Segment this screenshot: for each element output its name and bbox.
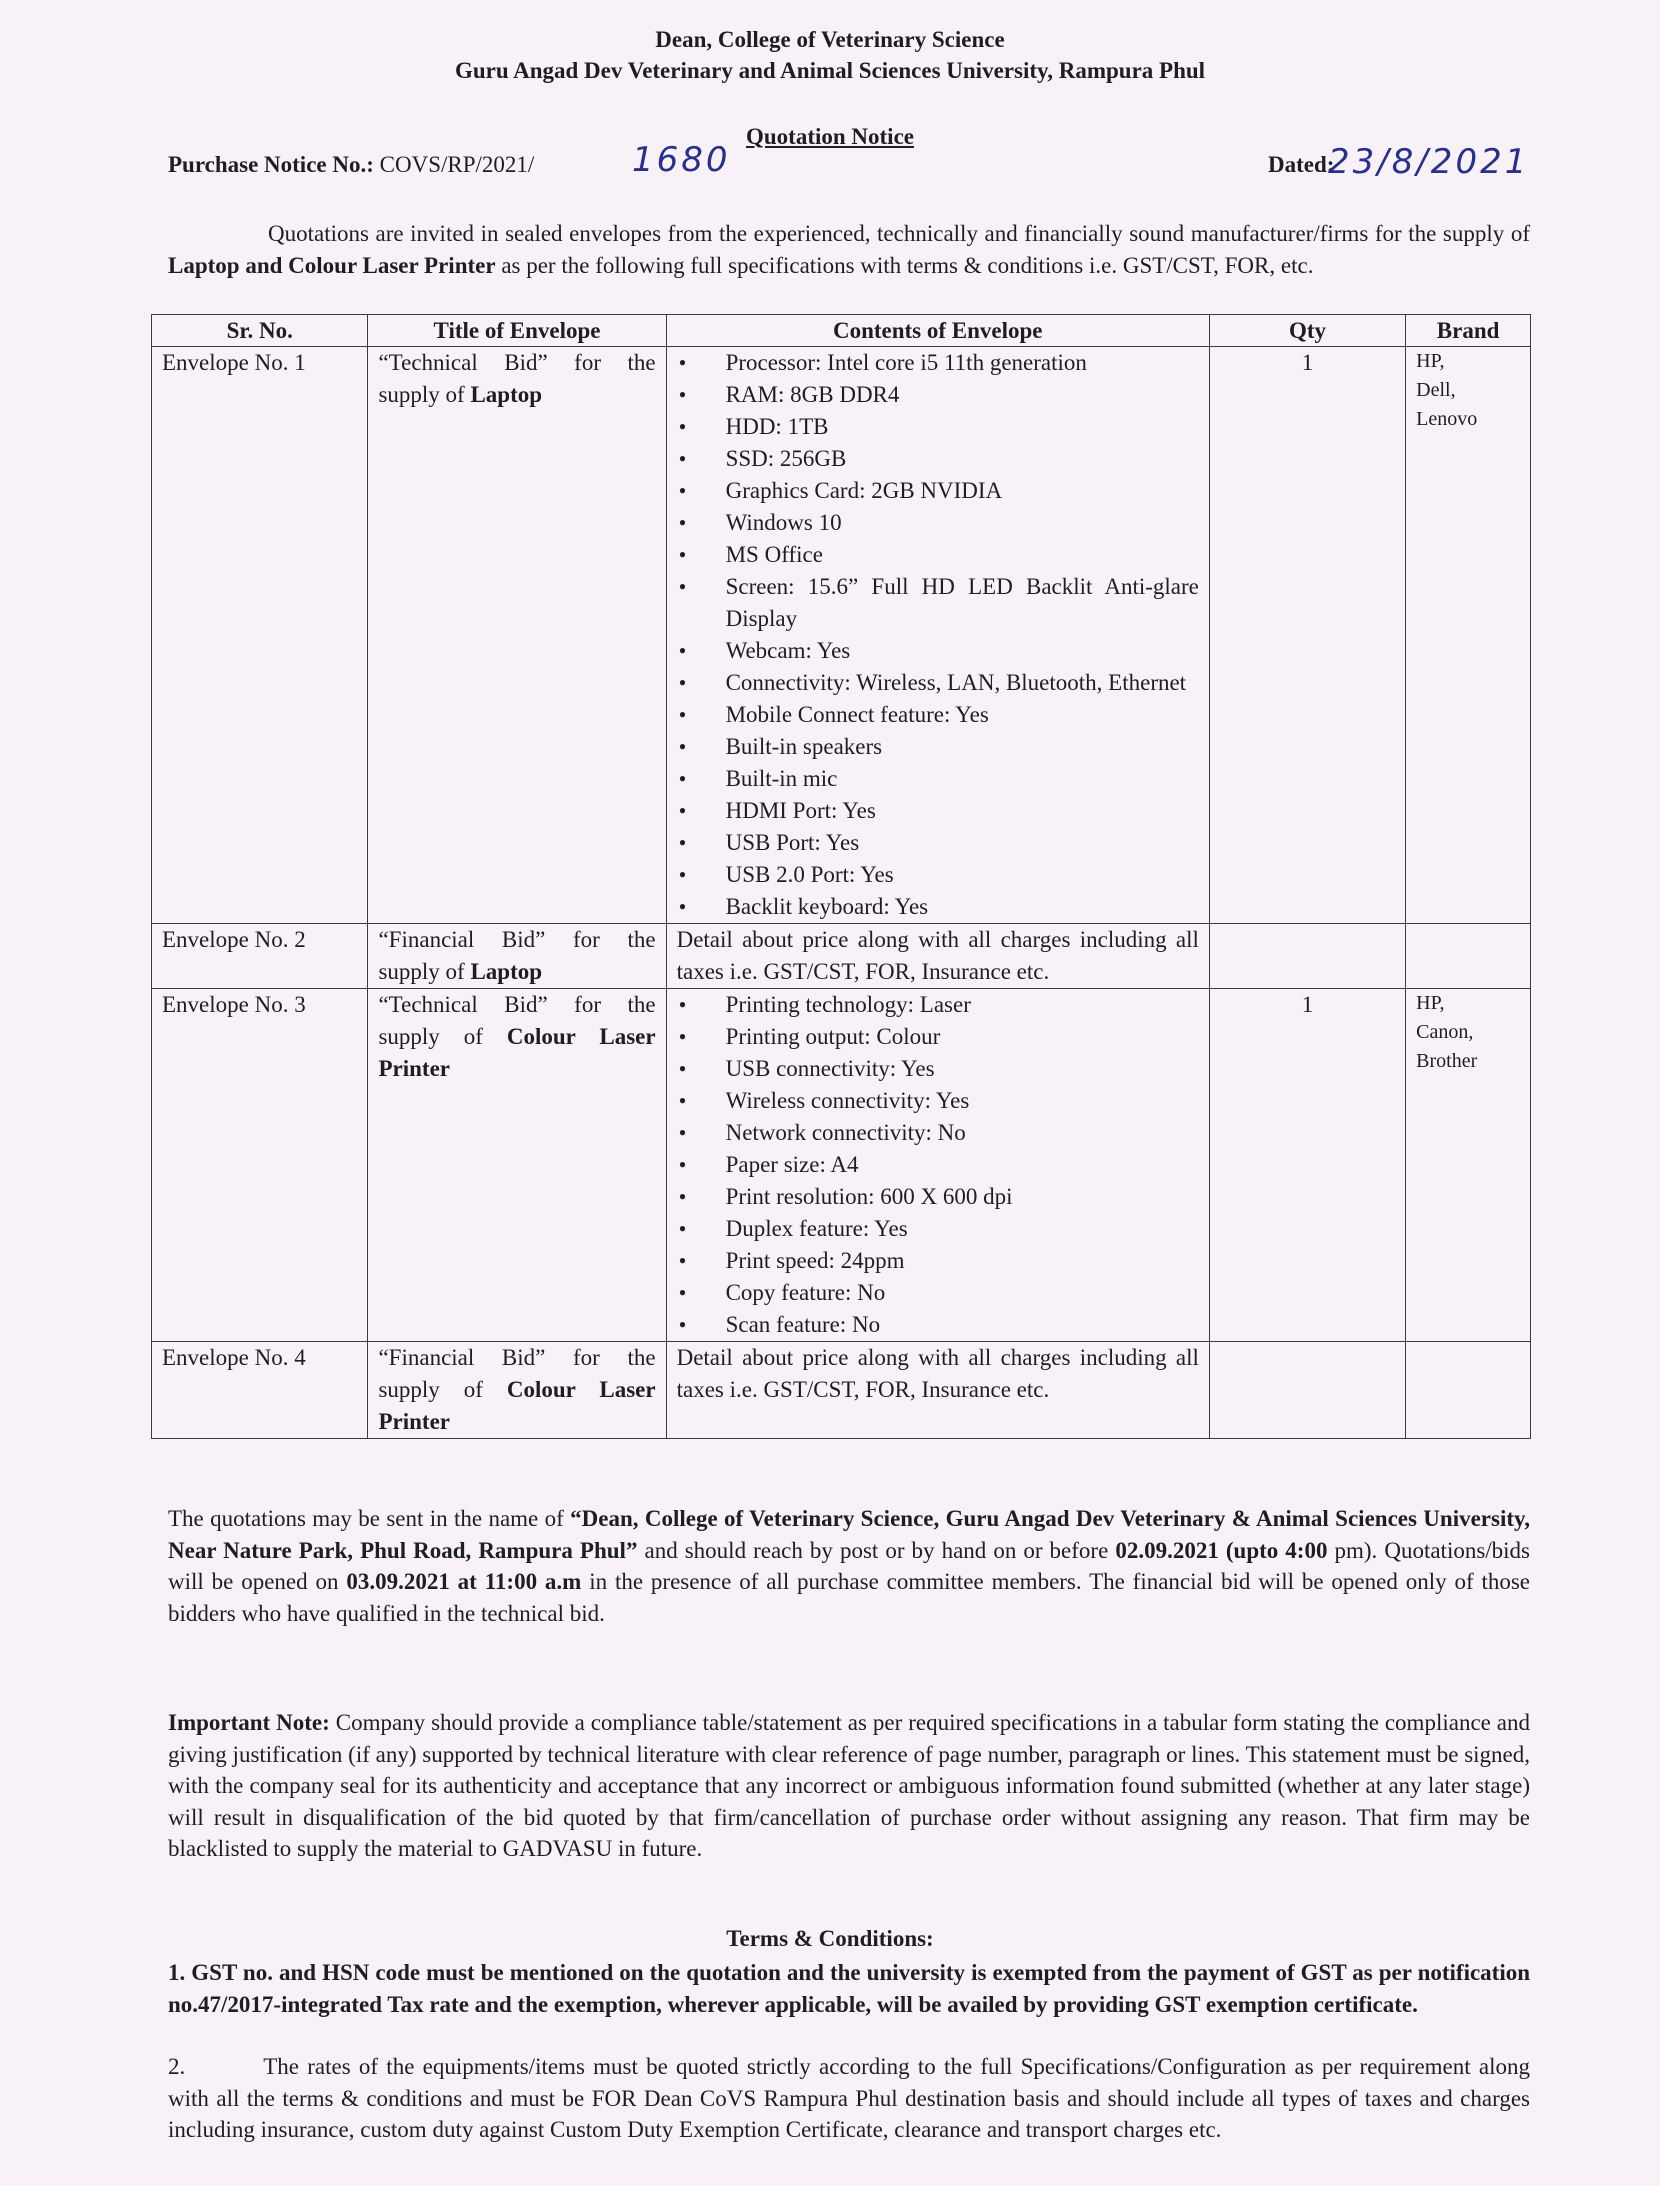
spec-item: Copy feature: No xyxy=(677,1277,1199,1309)
important-note: Important Note: Company should provide a… xyxy=(168,1707,1530,1865)
purchase-notice-number: Purchase Notice No.: COVS/RP/2021/ xyxy=(168,152,534,178)
spec-item: MS Office xyxy=(677,539,1199,571)
handwritten-notice-number: 1680 xyxy=(632,140,731,180)
handwritten-date: 23/8/2021 xyxy=(1328,142,1529,182)
important-note-label: Important Note: xyxy=(168,1710,330,1735)
table-header-row: Sr. No. Title of Envelope Contents of En… xyxy=(152,315,1531,347)
brand-name: Canon, xyxy=(1416,1018,1520,1047)
quantity: 1 xyxy=(1209,989,1405,1342)
brand-list: HP,Dell,Lenovo xyxy=(1406,347,1531,924)
brand-name: Brother xyxy=(1416,1047,1520,1076)
brand-list xyxy=(1406,1342,1531,1439)
quantity xyxy=(1209,924,1405,989)
col-sr-no: Sr. No. xyxy=(152,315,368,347)
envelope-title: “Technical Bid” for the supply of Laptop xyxy=(368,347,666,924)
col-contents: Contents of Envelope xyxy=(666,315,1209,347)
envelope-title: “Financial Bid” for the supply of Laptop xyxy=(368,924,666,989)
col-qty: Qty xyxy=(1209,315,1405,347)
term-item-1: 1. GST no. and HSN code must be mentione… xyxy=(168,1957,1530,2020)
envelope-number: Envelope No. 3 xyxy=(152,989,368,1342)
spec-item: Processor: Intel core i5 11th generation xyxy=(677,347,1199,379)
col-brand: Brand xyxy=(1406,315,1531,347)
issuer-title: Dean, College of Veterinary Science xyxy=(0,27,1660,53)
spec-item: USB connectivity: Yes xyxy=(677,1053,1199,1085)
term-item-2: 2.The rates of the equipments/items must… xyxy=(168,2051,1530,2146)
spec-item: Connectivity: Wireless, LAN, Bluetooth, … xyxy=(677,667,1199,699)
spec-item: USB Port: Yes xyxy=(677,827,1199,859)
spec-item: Mobile Connect feature: Yes xyxy=(677,699,1199,731)
envelope-contents: Processor: Intel core i5 11th generation… xyxy=(666,347,1209,924)
envelope-title: “Financial Bid” for the supply of Colour… xyxy=(368,1342,666,1439)
table-row: Envelope No. 2“Financial Bid” for the su… xyxy=(152,924,1531,989)
spec-item: HDMI Port: Yes xyxy=(677,795,1199,827)
university-name: Guru Angad Dev Veterinary and Animal Sci… xyxy=(0,58,1660,84)
envelope-number: Envelope No. 4 xyxy=(152,1342,368,1439)
quantity: 1 xyxy=(1209,347,1405,924)
spec-item: Wireless connectivity: Yes xyxy=(677,1085,1199,1117)
quantity xyxy=(1209,1342,1405,1439)
spec-item: HDD: 1TB xyxy=(677,411,1199,443)
brand-list: HP,Canon,Brother xyxy=(1406,989,1531,1342)
envelope-number: Envelope No. 1 xyxy=(152,347,368,924)
table-row: Envelope No. 4“Financial Bid” for the su… xyxy=(152,1342,1531,1439)
financial-bid-details: Detail about price along with all charge… xyxy=(677,1342,1199,1406)
spec-item: USB 2.0 Port: Yes xyxy=(677,859,1199,891)
table-row: Envelope No. 1“Technical Bid” for the su… xyxy=(152,347,1531,924)
spec-item: Windows 10 xyxy=(677,507,1199,539)
brand-name: HP, xyxy=(1416,989,1520,1018)
purchase-label: Purchase Notice No.: xyxy=(168,152,374,177)
spec-item: Printing technology: Laser xyxy=(677,989,1199,1021)
brand-name: Lenovo xyxy=(1416,405,1520,434)
spec-item: Built-in mic xyxy=(677,763,1199,795)
spec-item: Screen: 15.6” Full HD LED Backlit Anti-g… xyxy=(677,571,1199,635)
envelope-contents: Detail about price along with all charge… xyxy=(666,924,1209,989)
table-row: Envelope No. 3“Technical Bid” for the su… xyxy=(152,989,1531,1342)
brand-name: HP, xyxy=(1416,347,1520,376)
financial-bid-details: Detail about price along with all charge… xyxy=(677,924,1199,988)
spec-item: Built-in speakers xyxy=(677,731,1199,763)
spec-item: RAM: 8GB DDR4 xyxy=(677,379,1199,411)
spec-item: SSD: 256GB xyxy=(677,443,1199,475)
col-title: Title of Envelope xyxy=(368,315,666,347)
submission-paragraph: The quotations may be sent in the name o… xyxy=(168,1503,1530,1629)
purchase-prefix: COVS/RP/2021/ xyxy=(380,152,535,177)
spec-item: Print resolution: 600 X 600 dpi xyxy=(677,1181,1199,1213)
brand-name: Dell, xyxy=(1416,376,1520,405)
envelope-contents: Detail about price along with all charge… xyxy=(666,1342,1209,1439)
brand-list xyxy=(1406,924,1531,989)
intro-paragraph: Quotations are invited in sealed envelop… xyxy=(168,218,1530,281)
envelope-contents: Printing technology: LaserPrinting outpu… xyxy=(666,989,1209,1342)
spec-item: Duplex feature: Yes xyxy=(677,1213,1199,1245)
spec-item: Printing output: Colour xyxy=(677,1021,1199,1053)
terms-title: Terms & Conditions: xyxy=(0,1926,1660,1952)
spec-item: Network connectivity: No xyxy=(677,1117,1199,1149)
specification-table: Sr. No. Title of Envelope Contents of En… xyxy=(151,314,1531,1439)
spec-item: Backlit keyboard: Yes xyxy=(677,891,1199,923)
spec-item: Graphics Card: 2GB NVIDIA xyxy=(677,475,1199,507)
spec-item: Scan feature: No xyxy=(677,1309,1199,1341)
spec-item: Paper size: A4 xyxy=(677,1149,1199,1181)
envelope-number: Envelope No. 2 xyxy=(152,924,368,989)
envelope-title: “Technical Bid” for the supply of Colour… xyxy=(368,989,666,1342)
spec-item: Webcam: Yes xyxy=(677,635,1199,667)
quotation-notice-page: Dean, College of Veterinary Science Guru… xyxy=(0,0,1660,2186)
dated-label: Dated: xyxy=(1268,152,1334,178)
spec-item: Print speed: 24ppm xyxy=(677,1245,1199,1277)
